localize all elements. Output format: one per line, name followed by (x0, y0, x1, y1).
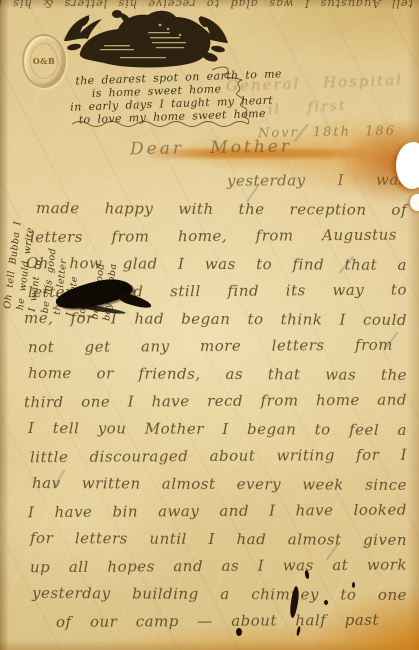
body-line: hav written almost every week since (22, 473, 407, 503)
ink-speck (352, 582, 355, 588)
body-line: of our camp — about half past (22, 611, 407, 641)
embossed-seal: O&B (22, 34, 66, 88)
body-line: home or friends, as that was the (22, 363, 407, 393)
scanned-letter: tell Augustus I was glad to receive his … (0, 0, 419, 650)
body-line: made happy with the reception of (22, 198, 407, 228)
ink-speck (236, 628, 242, 636)
body-line: up all hopes and as I was at work (22, 556, 407, 586)
body-line: I have bin away and I have looked (22, 501, 407, 531)
body-line: me, for I had began to think I could (22, 308, 407, 338)
body-line: I tell you Mother I began to feel a (22, 418, 407, 448)
body-line: letters from home, from Augustus (22, 226, 407, 256)
letterhead-vignette-engraving (60, 7, 232, 75)
body-line: not get any more letters from (22, 336, 407, 366)
body-line: little discouraged about writing for I (22, 446, 407, 476)
ink-speck (324, 600, 328, 605)
body-line: yesterday building a chimney to one (22, 583, 407, 613)
salutation: Dear Mother (130, 137, 292, 160)
body-line: for letters until I had almost given (22, 528, 407, 558)
body-line: third one I have recd from home and (22, 391, 407, 421)
torn-edge-notch-small (410, 194, 419, 211)
seal-monogram: O&B (33, 56, 55, 66)
letter-body: yesterday I was made happy with the rece… (22, 172, 407, 640)
body-line: yesterday I was (22, 171, 407, 201)
seal-inner-ring: O&B (30, 43, 58, 79)
